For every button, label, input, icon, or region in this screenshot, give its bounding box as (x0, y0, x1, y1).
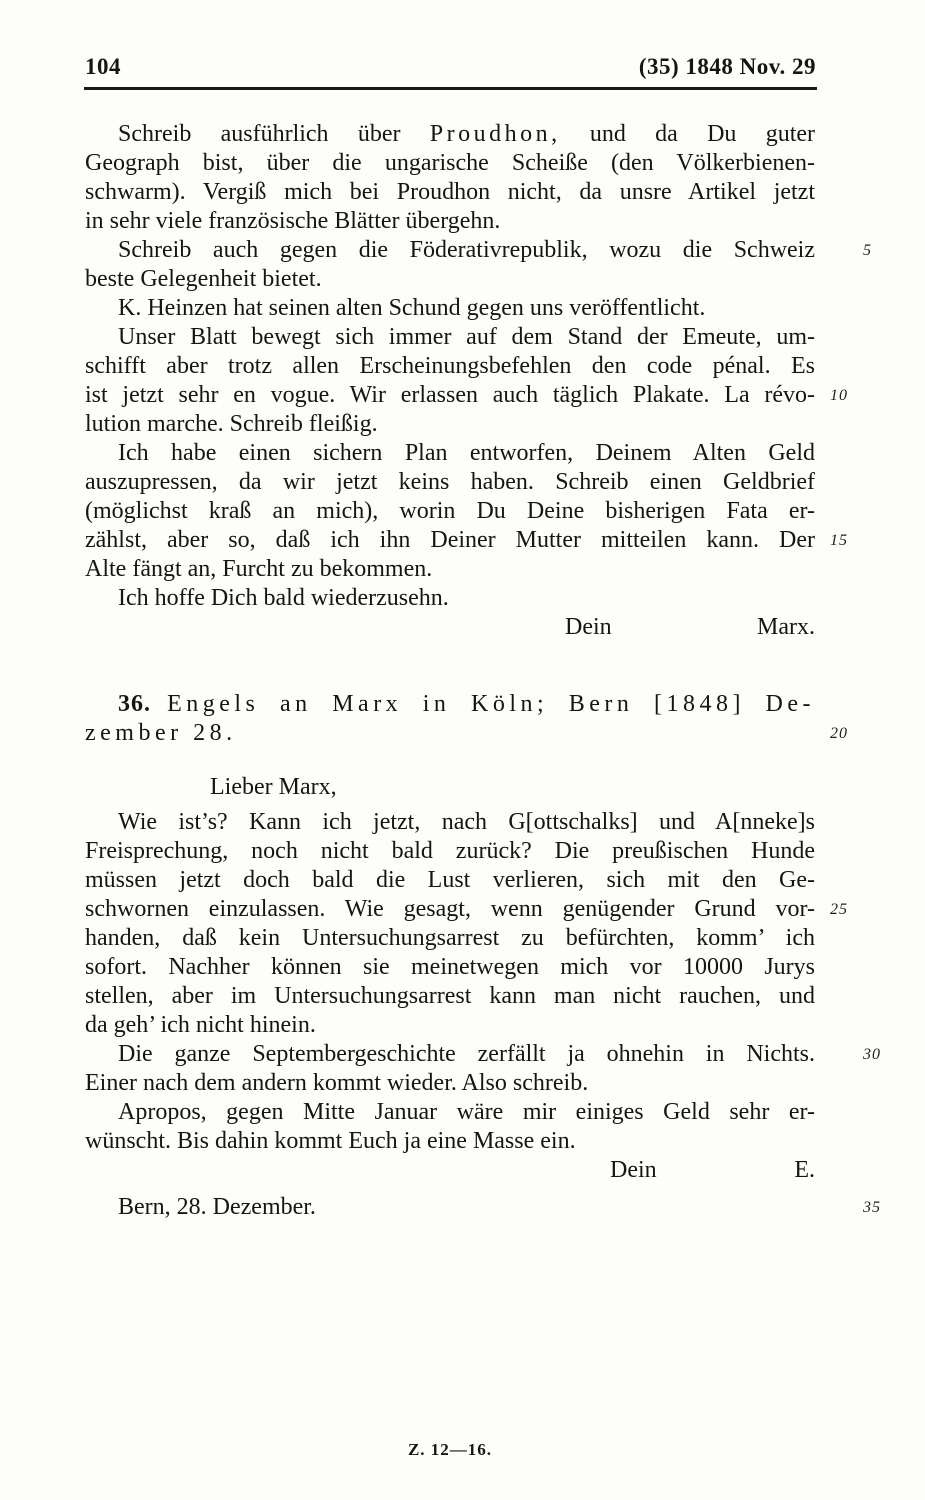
paragraph: Apropos, gegen Mitte Januar wäre mir ein… (85, 1098, 815, 1156)
text-line: auszupressen, da wir jetzt keins haben. … (85, 468, 815, 497)
text-line: lution marche. Schreib fleißig. (85, 410, 815, 439)
text-line: Schreib ausführlich über Proudhon, und d… (85, 120, 815, 149)
letter-36-body: Lieber Marx, Wie ist’s? Kann ich jetzt, … (85, 773, 815, 1222)
running-head: (35) 1848 Nov. 29 (639, 54, 816, 80)
text-line: Apropos, gegen Mitte Januar wäre mir ein… (85, 1098, 815, 1127)
text-line: schwornen einzulassen. Wie gesagt, wenn … (85, 895, 815, 924)
text-line: zählst, aber so, daß ich ihn Deiner Mutt… (85, 526, 815, 555)
signature-row: Dein E. (85, 1156, 815, 1185)
salutation: Lieber Marx, (85, 773, 815, 802)
margin-line-number: 20 (830, 722, 848, 746)
text-line: beste Gelegenheit bietet. (85, 265, 815, 294)
heading-text: Engels an Marx in Köln; Bern [1848] De- (167, 691, 815, 717)
text-line: Alte fängt an, Furcht zu bekommen. (85, 555, 815, 584)
text-line: Die ganze Septembergeschichte zerfällt j… (85, 1040, 815, 1069)
page-header: 104 (35) 1848 Nov. 29 (85, 54, 816, 80)
margin-line-number: 25 (830, 898, 848, 922)
print-note: Z. 12—16. (408, 1440, 492, 1459)
signature-row: Dein Marx. (85, 613, 815, 642)
page-number: 104 (85, 54, 121, 80)
text-line: Freisprechung, noch nicht bald zurück? D… (85, 837, 815, 866)
letter-35-body: Schreib ausführlich über Proudhon, und d… (85, 120, 815, 642)
dateline: Bern, 28. Dezember. 35 (85, 1193, 815, 1222)
paragraph: Die ganze Septembergeschichte zerfällt j… (85, 1040, 815, 1098)
text-line: K. Heinzen hat seinen alten Schund gegen… (85, 294, 815, 323)
margin-line-number: 10 (830, 384, 848, 408)
text-line: schifft aber trotz allen Erscheinungsbef… (85, 352, 815, 381)
signature-name: Marx. (757, 613, 815, 642)
book-page: 104 (35) 1848 Nov. 29 Schreib ausführlic… (0, 0, 925, 1500)
page-body: Schreib ausführlich über Proudhon, und d… (85, 120, 815, 1222)
text-line: müssen jetzt doch bald die Lust verliere… (85, 866, 815, 895)
text-segment: Schreib ausführlich über (118, 121, 400, 147)
margin-line-number: 5 (830, 239, 872, 263)
text-line: Einer nach dem andern kommt wieder. Also… (85, 1069, 815, 1098)
text-line: (möglichst kraß an mich), worin Du Deine… (85, 497, 815, 526)
margin-line-number: 15 (830, 529, 848, 553)
text-line: Unser Blatt bewegt sich immer auf dem St… (85, 323, 815, 352)
text-line: Schreib auch gegen die Föderativrepublik… (85, 236, 815, 265)
signature-closing: Dein (565, 613, 612, 642)
letter-number: 36. (118, 691, 151, 717)
heading-line: 36. Engels an Marx in Köln; Bern [1848] … (85, 690, 815, 719)
heading-text: zember 28. (85, 720, 237, 746)
heading-line: zember 28. 20 (85, 719, 815, 748)
text-line: wünscht. Bis dahin kommt Euch ja eine Ma… (85, 1127, 815, 1156)
margin-line-number: 30 (830, 1043, 881, 1067)
text-segment: und da Du guter (590, 121, 815, 147)
text-line: in sehr viele französische Blätter überg… (85, 207, 815, 236)
spaced-name: Proudhon, (430, 121, 561, 147)
letter-36-heading: 36. Engels an Marx in Köln; Bern [1848] … (85, 690, 815, 748)
text-line: Wie ist’s? Kann ich jetzt, nach G[ottsch… (85, 808, 815, 837)
text-line: handen, daß kein Untersuchungsarrest zu … (85, 924, 815, 953)
text-line: da geh’ ich nicht hinein. (85, 1011, 815, 1040)
header-rule (84, 87, 817, 90)
signature-closing: Dein (610, 1156, 657, 1185)
paragraph: Wie ist’s? Kann ich jetzt, nach G[ottsch… (85, 808, 815, 1040)
text-line: Ich habe einen sichern Plan entworfen, D… (85, 439, 815, 468)
text-line: ist jetzt sehr en vogue. Wir erlassen au… (85, 381, 815, 410)
text-line: Geograph bist, über die ungarische Schei… (85, 149, 815, 178)
text-line: sofort. Nachher können sie meinetwegen m… (85, 953, 815, 982)
text-line: schwarm). Vergiß mich bei Proudhon nicht… (85, 178, 815, 207)
text-line: stellen, aber im Untersuchungsarrest kan… (85, 982, 815, 1011)
text-line: Ich hoffe Dich bald wiederzusehn. (85, 584, 815, 613)
page-footer: Z. 12—16. (85, 1440, 815, 1460)
margin-line-number: 35 (830, 1196, 881, 1220)
signature-name: E. (794, 1156, 815, 1185)
